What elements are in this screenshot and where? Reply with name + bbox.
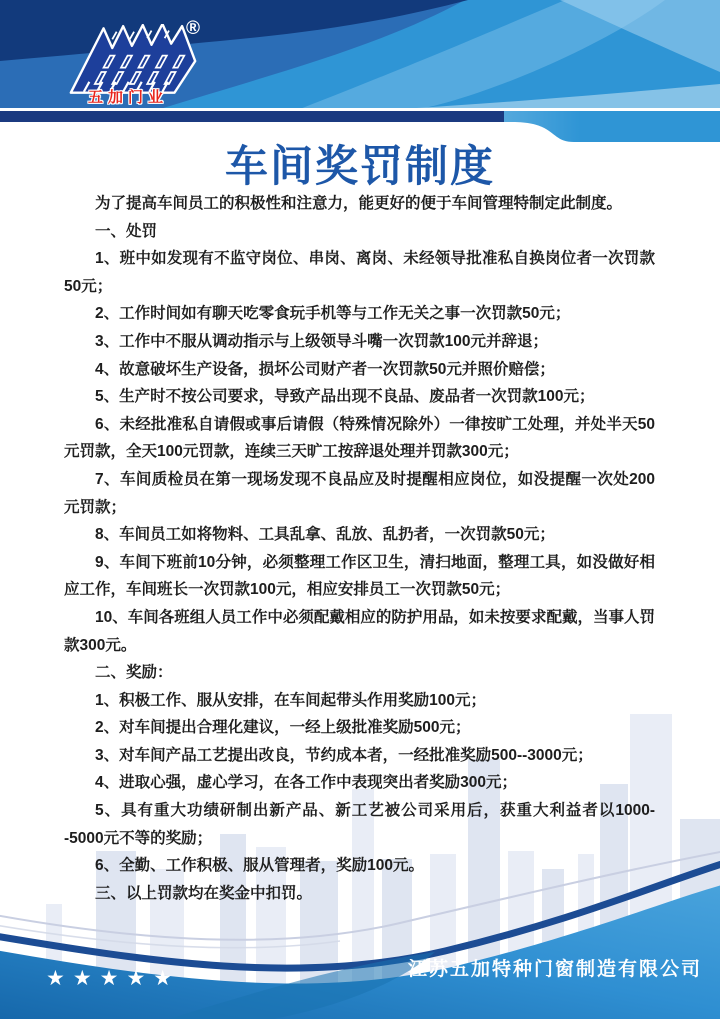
- header-navy-stripe: [0, 111, 516, 122]
- logo-brand-text: 五加门业: [68, 86, 188, 107]
- page-title: 车间奖罚制度: [0, 133, 720, 194]
- poster-page: ® 五加门业 车间奖罚制度 为了提高车间员工的积极性和注意力，能更好的便于车间管…: [0, 0, 720, 1019]
- star-rating: ★★★★★: [46, 966, 180, 991]
- rule-item: 4、故意破坏生产设备，损坏公司财产者一次罚款50元并照价赔偿；: [64, 356, 655, 384]
- rule-item: 6、未经批准私自请假或事后请假（特殊情况除外）一律按旷工处理，并处半天50元罚款…: [64, 411, 655, 466]
- registered-trademark: ®: [186, 18, 200, 40]
- rules-text: 为了提高车间员工的积极性和注意力，能更好的便于车间管理特制定此制度。 一、处罚 …: [64, 190, 655, 907]
- rule-item: 5、具有重大功绩研制出新产品、新工艺被公司采用后，获重大利益者以1000--50…: [64, 797, 655, 852]
- rule-item: 7、车间质检员在第一现场发现不良品应及时提醒相应岗位，如没提醒一次处200元罚款…: [64, 466, 655, 521]
- rule-item: 4、进取心强，虚心学习，在各工作中表现突出者奖励300元；: [64, 769, 655, 797]
- section-heading-punishment: 一、处罚: [64, 218, 655, 246]
- company-name: 江苏五加特种门窗制造有限公司: [400, 954, 710, 981]
- rule-item: 1、班中如发现有不监守岗位、串岗、离岗、未经领导批准私自换岗位者一次罚款50元；: [64, 245, 655, 300]
- rule-item: 9、车间下班前10分钟，必须整理工作区卫生，清扫地面，整理工具，如没做好相应工作…: [64, 549, 655, 604]
- rule-item: 10、车间各班组人员工作中必须配戴相应的防护用品，如未按要求配戴，当事人罚款30…: [64, 604, 655, 659]
- intro-paragraph: 为了提高车间员工的积极性和注意力，能更好的便于车间管理特制定此制度。: [64, 190, 655, 218]
- footer-wave: [0, 845, 720, 1019]
- rule-item: 3、对车间产品工艺提出改良，节约成本者，一经批准奖励500--3000元；: [64, 742, 655, 770]
- rule-item: 8、车间员工如将物料、工具乱拿、乱放、乱扔者，一次罚款50元；: [64, 521, 655, 549]
- rule-item: 2、工作时间如有聊天吃零食玩手机等与工作无关之事一次罚款50元；: [64, 300, 655, 328]
- section-heading-reward: 二、奖励：: [64, 659, 655, 687]
- rule-item: 3、工作中不服从调动指示与上级领导斗嘴一次罚款100元并辞退；: [64, 328, 655, 356]
- rule-item: 2、对车间提出合理化建议，一经上级批准奖励500元；: [64, 714, 655, 742]
- rule-item: 1、积极工作、服从安排，在车间起带头作用奖励100元；: [64, 687, 655, 715]
- header-white-line: [0, 108, 720, 111]
- rule-item: 5、生产时不按公司要求，导致产品出现不良品、废品者一次罚款100元；: [64, 383, 655, 411]
